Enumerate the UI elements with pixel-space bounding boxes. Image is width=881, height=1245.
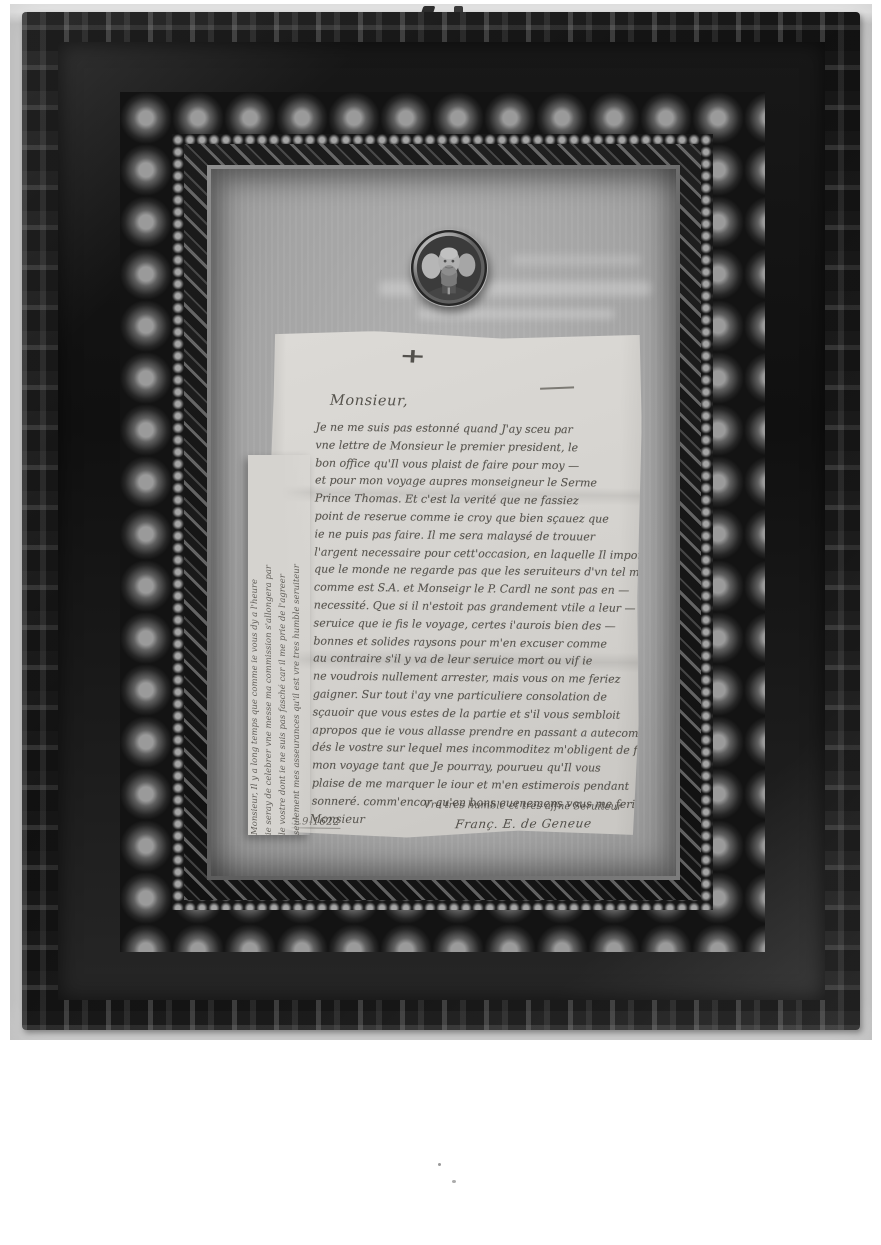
frame-sight-edge: + Monsieur, Je ne me suis pas estonné qu… <box>207 165 680 880</box>
ghost-impression <box>511 255 641 265</box>
frame-boss-band: + Monsieur, Je ne me suis pas estonné qu… <box>120 92 765 952</box>
miniature-portrait <box>410 229 488 307</box>
frame-leaf-band: + Monsieur, Je ne me suis pas estonné qu… <box>184 144 701 900</box>
folded-leaf-margin-note: Monsieur, Il y a long temps que comme ie… <box>248 455 310 835</box>
letter-closing-formula: Vre tres humble et tres affné Seruiteur <box>414 800 632 813</box>
margin-note-line: Monsieur, Il y a long temps que comme ie… <box>248 455 262 835</box>
letter-signature: Franç. E. de Geneue <box>454 816 592 831</box>
ghost-impression <box>417 309 615 319</box>
letter-body: Je ne me suis pas estonné quand J'ay sce… <box>312 419 638 814</box>
photograph: + Monsieur, Je ne me suis pas estonné qu… <box>10 4 872 1040</box>
letter-salutation: Monsieur, <box>330 393 408 410</box>
mat-background: + Monsieur, Je ne me suis pas estonné qu… <box>211 169 676 876</box>
manuscript-letter: + Monsieur, Je ne me suis pas estonné qu… <box>265 330 642 840</box>
scan-page: { "artifact": { "description": "black-an… <box>0 0 881 1245</box>
frame-cove-band: + Monsieur, Je ne me suis pas estonné qu… <box>58 42 825 1000</box>
dust-speck <box>452 1180 456 1183</box>
picture-frame-outer-band: + Monsieur, Je ne me suis pas estonné qu… <box>22 12 860 1030</box>
margin-note-line: le vostre dont ie ne suis pas fasché car… <box>276 455 290 835</box>
margin-note-line: ie seray de celebrer vne messe ma commis… <box>262 455 276 835</box>
portrait-illustration <box>410 229 488 307</box>
margin-note-text: Monsieur, Il y a long temps que comme ie… <box>248 455 310 835</box>
dash-mark <box>540 386 574 389</box>
cross-mark-icon: + <box>399 343 427 368</box>
dust-speck <box>438 1163 441 1166</box>
frame-bead-band: + Monsieur, Je ne me suis pas estonné qu… <box>172 134 713 910</box>
margin-note-line: seulement mes asseurances qu'il est vre … <box>290 455 304 835</box>
